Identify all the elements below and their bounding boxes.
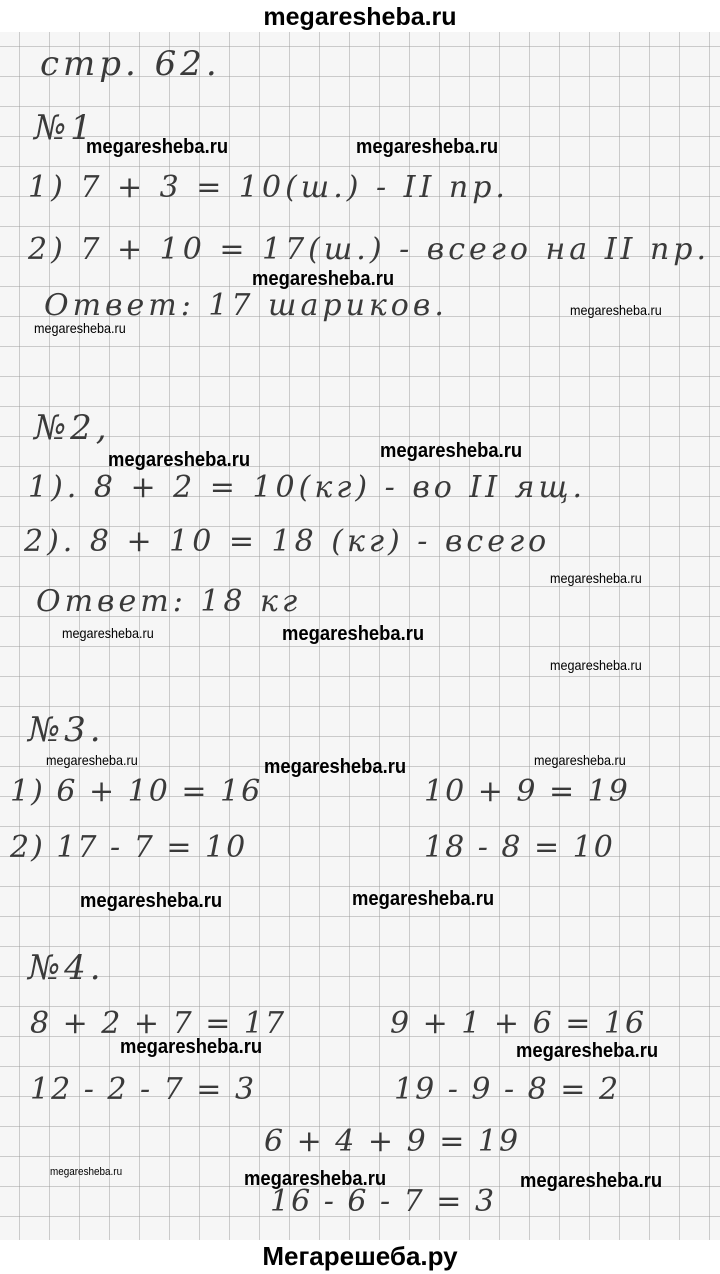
task-1-line-2: 2) 7 + 10 = 17(ш.) - всего на II пр. <box>28 232 710 267</box>
watermark: megaresheba.ru <box>86 136 228 159</box>
watermark: megaresheba.ru <box>516 1040 658 1063</box>
task-1-line-1: 1) 7 + 3 = 10(ш.) - II пр. <box>28 170 509 205</box>
watermark: megaresheba.ru <box>120 1036 262 1059</box>
watermark: megaresheba.ru <box>62 625 154 641</box>
task-2-answer: Ответ: 18 кг <box>36 584 301 619</box>
task-3-right-line-2: 18 - 8 = 10 <box>424 830 615 865</box>
watermark: megaresheba.ru <box>380 440 522 463</box>
watermark: megaresheba.ru <box>50 1166 122 1178</box>
watermark: megaresheba.ru <box>352 888 494 911</box>
task-4-right-line-1: 9 + 1 + 6 = 16 <box>390 1006 646 1041</box>
task-2-line-2: 2). 8 + 10 = 18 (кг) - всего <box>24 524 550 559</box>
watermark: megaresheba.ru <box>34 320 126 336</box>
page-title: стр. 62. <box>40 44 221 84</box>
task-4-number: №4. <box>28 948 105 988</box>
task-1-answer: Ответ: 17 шариков. <box>44 288 448 323</box>
task-4-right-line-2: 19 - 9 - 8 = 2 <box>394 1072 620 1107</box>
task-4-left-line-2: 12 - 2 - 7 = 3 <box>30 1072 256 1107</box>
task-3-line-1: 1) 6 + 10 = 16 <box>10 774 262 809</box>
task-3-number: №3. <box>28 710 105 750</box>
watermark: megaresheba.ru <box>108 449 250 472</box>
watermark: megaresheba.ru <box>244 1168 386 1191</box>
watermark: megaresheba.ru <box>550 657 642 673</box>
site-footer-banner: Мегарешеба.ру <box>0 1240 720 1274</box>
site-header-banner: megaresheba.ru <box>0 0 720 36</box>
watermark: megaresheba.ru <box>534 752 626 768</box>
watermark: megaresheba.ru <box>570 302 662 318</box>
task-4-center-line-1: 6 + 4 + 9 = 19 <box>264 1124 520 1159</box>
watermark: megaresheba.ru <box>550 570 642 586</box>
task-3-right-line-1: 10 + 9 = 19 <box>424 774 630 809</box>
watermark: megaresheba.ru <box>356 136 498 159</box>
task-2-number: №2, <box>34 408 111 448</box>
watermark: megaresheba.ru <box>252 268 394 291</box>
task-3-line-2: 2) 17 - 7 = 10 <box>10 830 247 865</box>
watermark: megaresheba.ru <box>282 623 424 646</box>
watermark: megaresheba.ru <box>264 756 406 779</box>
watermark: megaresheba.ru <box>520 1170 662 1193</box>
task-2-line-1: 1). 8 + 2 = 10(кг) - во II ящ. <box>28 470 586 505</box>
watermark: megaresheba.ru <box>80 890 222 913</box>
watermark: megaresheba.ru <box>46 752 138 768</box>
